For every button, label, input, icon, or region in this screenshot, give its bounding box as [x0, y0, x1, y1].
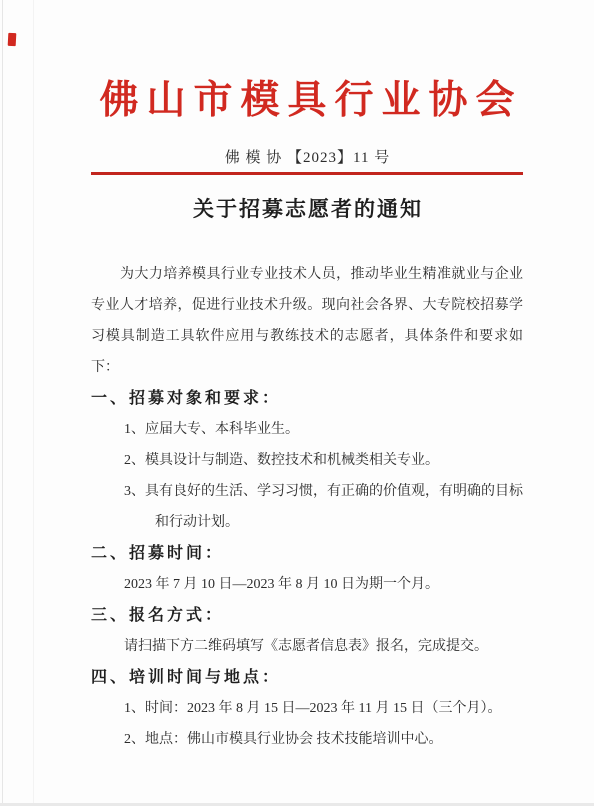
list-item: 2023 年 7 月 10 日—2023 年 8 月 10 日为期一个月。	[155, 569, 523, 600]
section-heading: 三、报名方式：	[91, 600, 523, 631]
intro-paragraph: 为大力培养模具行业专业技术人员，推动毕业生精准就业与企业专业人才培养，促进行业技…	[91, 259, 523, 383]
list-item: 2、地点：佛山市模具行业协会 技术技能培训中心。	[155, 724, 523, 755]
list-item: 2、模具设计与制造、数控技术和机械类相关专业。	[155, 445, 523, 476]
document-number: 佛 模 协 【2023】11 号	[91, 150, 523, 167]
letterhead-org-title: 佛山市模具行业协会	[91, 0, 523, 126]
section-recruit-targets: 一、招募对象和要求： 1、应届大专、本科毕业生。 2、模具设计与制造、数控技术和…	[91, 383, 523, 538]
section-heading: 四、培训时间与地点：	[91, 662, 523, 693]
list-item: 1、应届大专、本科毕业生。	[155, 414, 523, 445]
list-item: 3、具有良好的生活、学习习惯，有正确的价值观，有明确的目标和行动计划。	[155, 476, 523, 538]
document-page: 佛山市模具行业协会 佛 模 协 【2023】11 号 关于招募志愿者的通知 为大…	[0, 0, 594, 806]
notice-title: 关于招募志愿者的通知	[91, 195, 523, 223]
section-heading: 二、招募时间：	[91, 538, 523, 569]
red-stamp-artifact	[8, 33, 17, 46]
notice-body: 一、招募对象和要求： 1、应届大专、本科毕业生。 2、模具设计与制造、数控技术和…	[91, 383, 523, 755]
list-item: 1、时间：2023 年 8 月 15 日—2023 年 11 月 15 日（三个…	[155, 693, 523, 724]
document-content: 佛山市模具行业协会 佛 模 协 【2023】11 号 关于招募志愿者的通知 为大…	[0, 0, 594, 755]
section-heading: 一、招募对象和要求：	[91, 383, 523, 414]
section-training-time-place: 四、培训时间与地点： 1、时间：2023 年 8 月 15 日—2023 年 1…	[91, 662, 523, 755]
red-divider-line	[91, 172, 523, 175]
page-edge-line	[2, 0, 3, 806]
section-signup-method: 三、报名方式： 请扫描下方二维码填写《志愿者信息表》报名，完成提交。	[91, 600, 523, 662]
section-recruit-time: 二、招募时间： 2023 年 7 月 10 日—2023 年 8 月 10 日为…	[91, 538, 523, 600]
page-edge-line-inner	[33, 0, 34, 806]
list-item: 请扫描下方二维码填写《志愿者信息表》报名，完成提交。	[155, 631, 523, 662]
